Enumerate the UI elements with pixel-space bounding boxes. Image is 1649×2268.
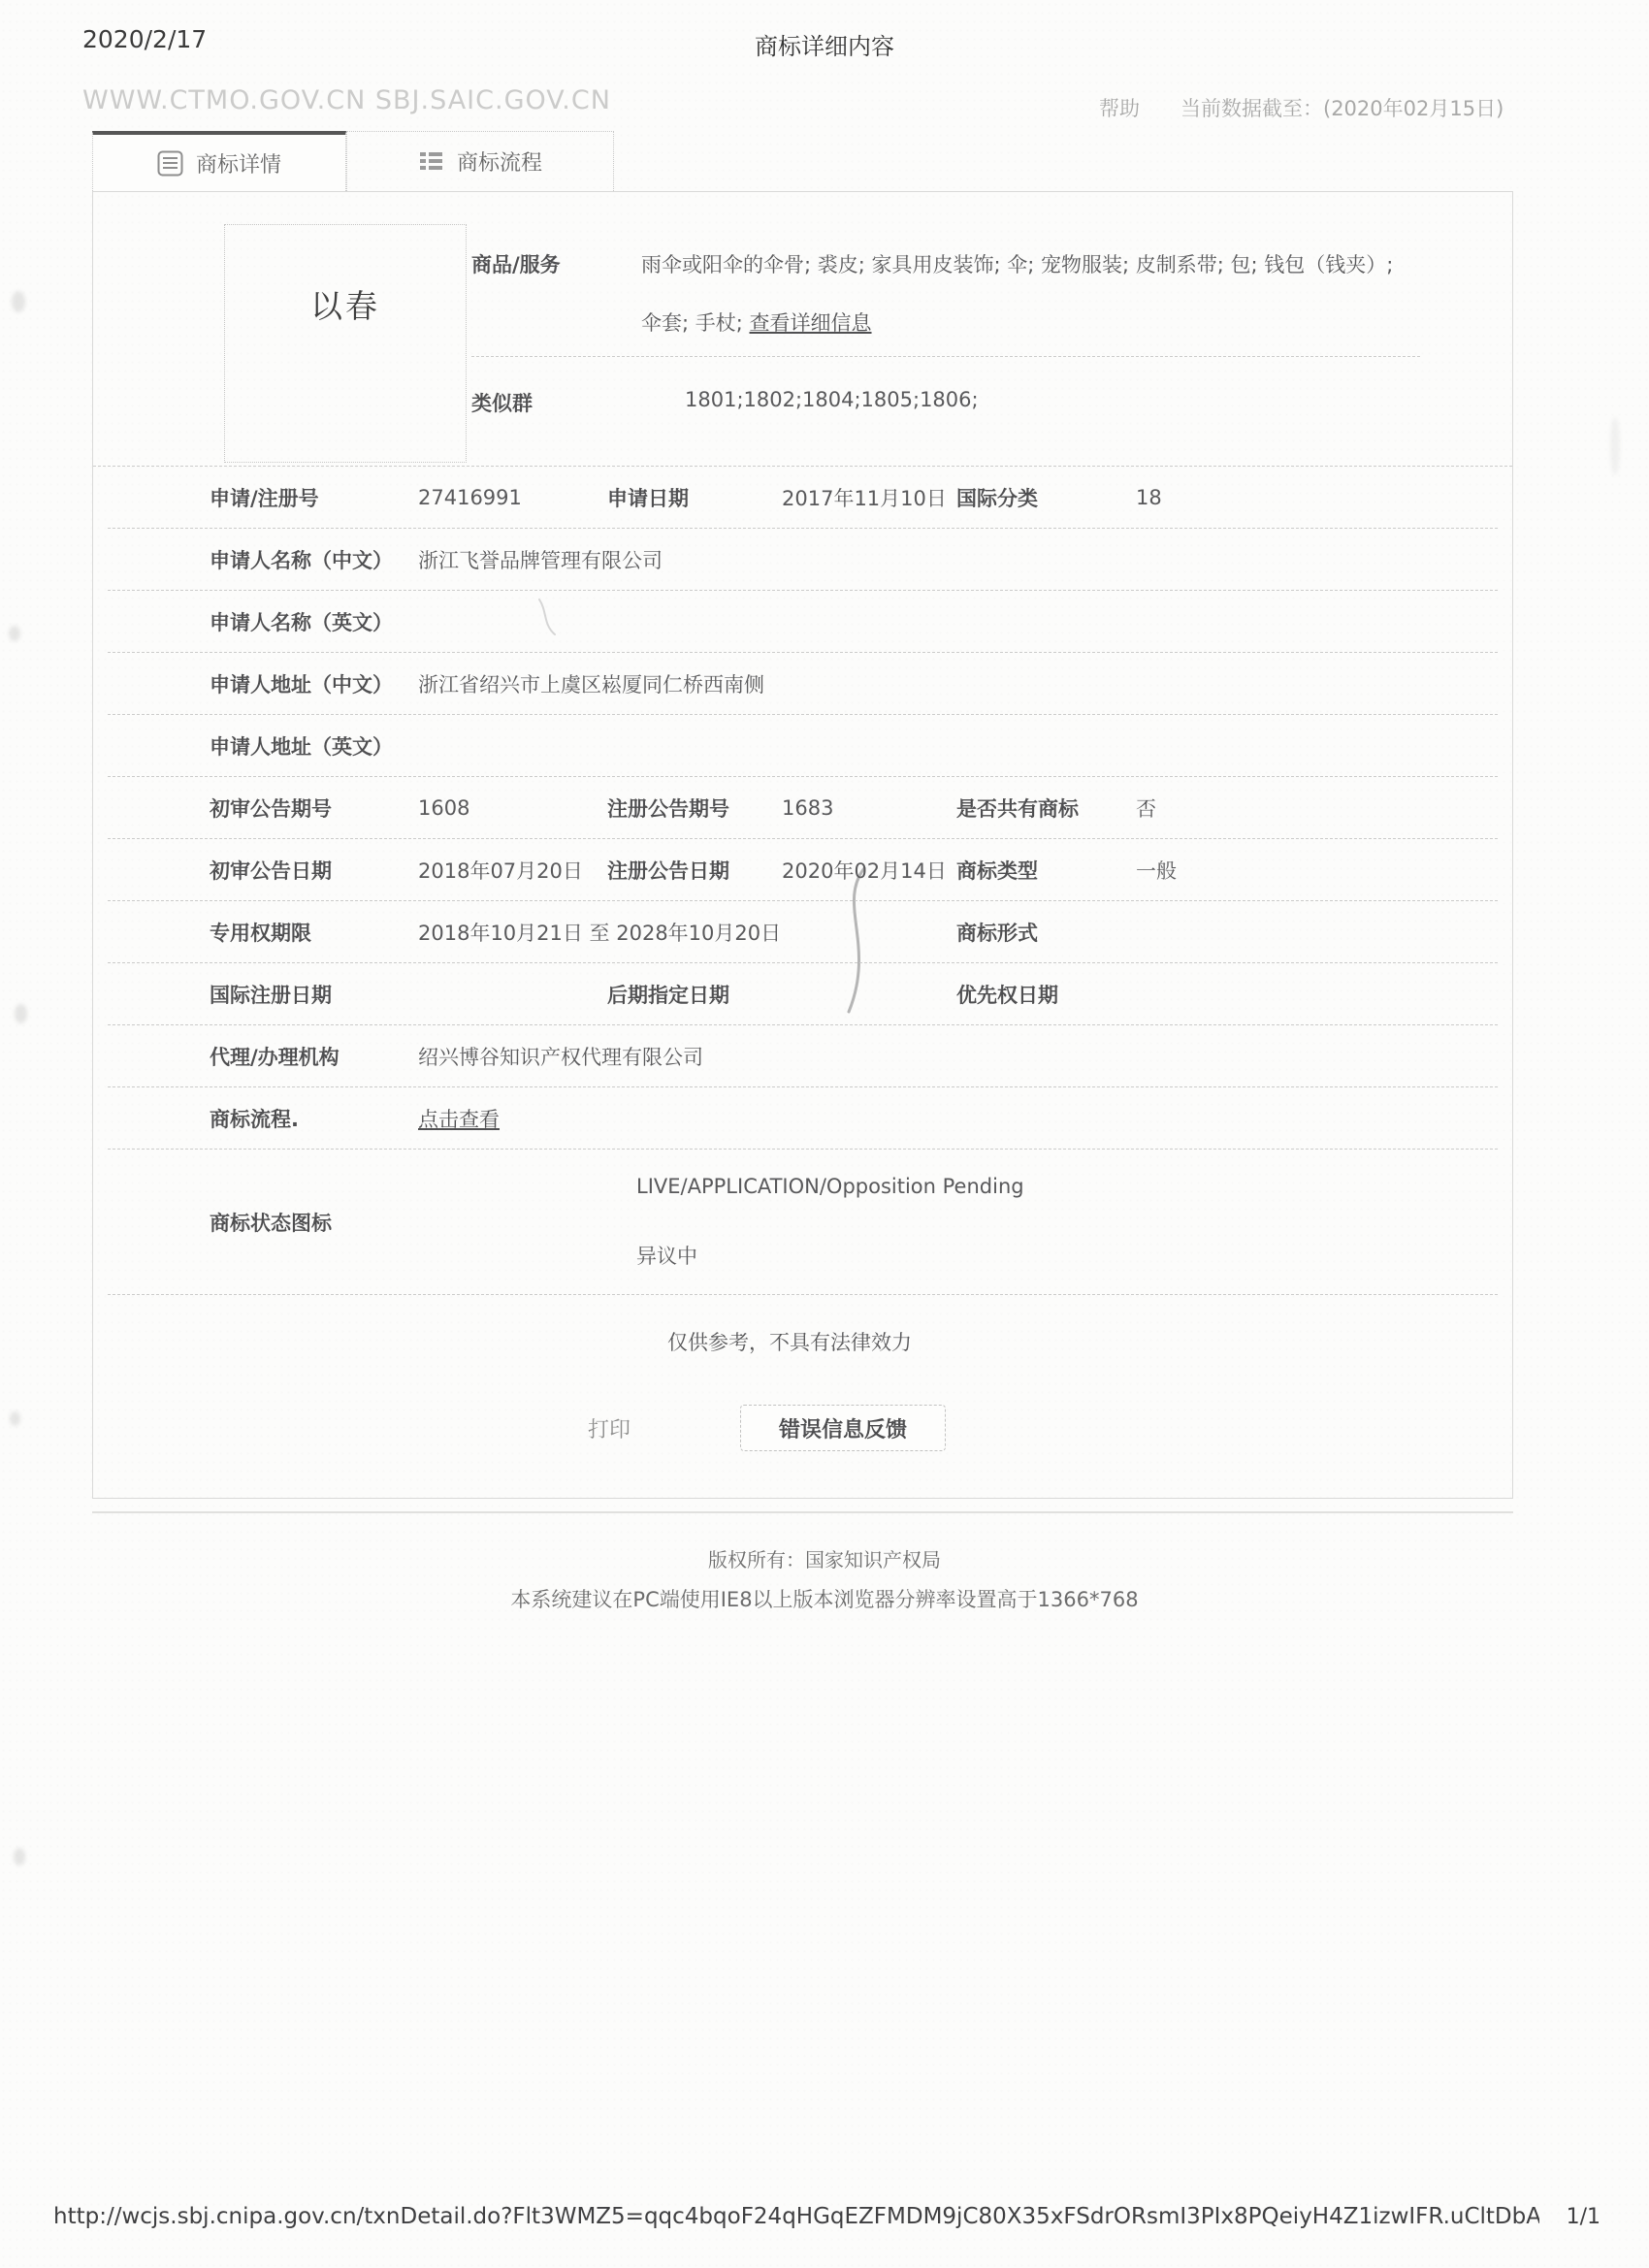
- status-text-en: LIVE/APPLICATION/Opposition Pending: [636, 1175, 1498, 1198]
- page-title: 商标详细内容: [0, 27, 1649, 61]
- table-row: 国际注册日期 后期指定日期 优先权日期: [108, 963, 1498, 1025]
- top-section: 以春 商品/服务 雨伞或阳伞的伞骨; 裘皮; 家具用皮装饰; 伞; 宠物服装; …: [93, 192, 1512, 467]
- trademark-image: 以春: [224, 224, 467, 463]
- field-label: 商标状态图标: [210, 1208, 636, 1237]
- table-row: 申请人地址（英文）: [108, 715, 1498, 777]
- scan-smudge: [14, 1848, 25, 1865]
- field-label: 申请日期: [607, 483, 782, 512]
- field-label: 申请人名称（英文）: [210, 607, 418, 636]
- field-value: 浙江省绍兴市上虞区崧厦同仁桥西南侧: [418, 669, 1498, 698]
- error-feedback-button[interactable]: 错误信息反馈: [740, 1405, 946, 1451]
- print-url: http://wcjs.sbj.cnipa.gov.cn/txnDetail.d…: [53, 2204, 1539, 2229]
- tab-bar: 商标详情 商标流程: [92, 131, 614, 191]
- list-icon: [418, 148, 444, 175]
- field-label: 类似群: [471, 388, 641, 417]
- print-footer: http://wcjs.sbj.cnipa.gov.cn/txnDetail.d…: [53, 2204, 1600, 2229]
- data-asof-note: 当前数据截至：(2020年02月15日): [1180, 93, 1503, 122]
- table-row: 初审公告期号 1608 注册公告期号 1683 是否共有商标 否: [108, 777, 1498, 839]
- field-value: 2018年10月21日 至 2028年10月20日: [418, 918, 956, 947]
- field-label: 专用权期限: [210, 918, 418, 947]
- field-label: 是否共有商标: [956, 794, 1136, 823]
- table-row: 代理/办理机构 绍兴博谷知识产权代理有限公司: [108, 1025, 1498, 1087]
- browser-advice-text: 本系统建议在PC端使用IE8以上版本浏览器分辨率设置高于1366*768: [0, 1584, 1649, 1613]
- field-label: 代理/办理机构: [210, 1042, 418, 1071]
- copyright-text: 版权所有：国家知识产权局: [0, 1544, 1649, 1572]
- field-value: 否: [1136, 794, 1498, 823]
- site-url: WWW.CTMO.GOV.CN SBJ.SAIC.GOV.CN: [82, 85, 611, 115]
- panel-outer-border: [92, 1511, 1513, 1513]
- scan-smudge: [15, 1004, 27, 1023]
- site-footer: 版权所有：国家知识产权局 本系统建议在PC端使用IE8以上版本浏览器分辨率设置高…: [0, 1544, 1649, 1613]
- field-label: 优先权日期: [956, 980, 1498, 1009]
- field-label: 商标类型: [956, 856, 1136, 885]
- field-label: 商标形式: [956, 918, 1136, 947]
- field-value: 一般: [1136, 856, 1498, 885]
- table-row: 申请/注册号 27416991 申请日期 2017年11月10日 国际分类 18: [108, 467, 1498, 529]
- field-label: 商品/服务: [471, 249, 641, 337]
- field-value: 1683: [782, 796, 956, 820]
- action-buttons: 打印 错误信息反馈: [108, 1405, 1498, 1451]
- table-row: 专用权期限 2018年10月21日 至 2028年10月20日 商标形式: [108, 901, 1498, 963]
- table-row: 初审公告日期 2018年07月20日 注册公告日期 2020年02月14日 商标…: [108, 839, 1498, 901]
- field-value: 2017年11月10日: [782, 483, 956, 512]
- field-value: 浙江飞誉品牌管理有限公司: [418, 545, 1498, 574]
- scan-smudge: [1610, 417, 1620, 475]
- click-to-view-link[interactable]: 点击查看: [418, 1108, 500, 1131]
- table-row: 申请人名称（中文） 浙江飞誉品牌管理有限公司: [108, 529, 1498, 591]
- field-label: 初审公告期号: [210, 794, 418, 823]
- goods-services-row: 商品/服务 雨伞或阳伞的伞骨; 裘皮; 家具用皮装饰; 伞; 宠物服装; 皮制系…: [471, 224, 1420, 357]
- field-value: 18: [1136, 486, 1498, 509]
- view-details-link[interactable]: 查看详细信息: [750, 311, 872, 335]
- field-label: 注册公告日期: [607, 856, 782, 885]
- field-value: 1608: [418, 796, 607, 820]
- field-label: 申请人名称（中文）: [210, 545, 418, 574]
- goods-services-value: 雨伞或阳伞的伞骨; 裘皮; 家具用皮装饰; 伞; 宠物服装; 皮制系带; 包; …: [641, 249, 1420, 337]
- header-right: 帮助 当前数据截至：(2020年02月15日): [1099, 93, 1503, 122]
- field-label: 申请人地址（中文）: [210, 669, 418, 698]
- field-value: 绍兴博谷知识产权代理有限公司: [418, 1042, 1498, 1071]
- tab-trademark-process[interactable]: 商标流程: [346, 131, 614, 191]
- goods-line-2: 伞套; 手杖;: [641, 311, 750, 335]
- table-row: 申请人名称（英文）: [108, 591, 1498, 653]
- help-link[interactable]: 帮助: [1099, 93, 1140, 122]
- scan-smudge: [9, 626, 20, 641]
- table-row: 申请人地址（中文） 浙江省绍兴市上虞区崧厦同仁桥西南侧: [108, 653, 1498, 715]
- scan-smudge: [10, 1411, 20, 1426]
- field-label: 初审公告日期: [210, 856, 418, 885]
- goods-line-1: 雨伞或阳伞的伞骨; 裘皮; 家具用皮装饰; 伞; 宠物服装; 皮制系带; 包; …: [641, 249, 1420, 278]
- field-value: 2020年02月14日: [782, 856, 956, 885]
- scan-smudge: [12, 291, 25, 312]
- printed-page: 2020/2/17 商标详细内容 WWW.CTMO.GOV.CN SBJ.SAI…: [0, 0, 1649, 2268]
- field-label: 国际注册日期: [210, 980, 607, 1009]
- field-value: 27416991: [418, 486, 607, 509]
- print-button[interactable]: 打印: [588, 1413, 630, 1443]
- table-row: 商标流程. 点击查看: [108, 1087, 1498, 1150]
- status-text-cn: 异议中: [636, 1241, 1498, 1270]
- field-label: 申请/注册号: [210, 483, 418, 512]
- page-number: 1/1: [1567, 2205, 1600, 2229]
- field-value: 2018年07月20日: [418, 856, 607, 885]
- tab-label: 商标详情: [196, 148, 281, 178]
- document-icon: [157, 150, 183, 177]
- field-label: 注册公告期号: [607, 794, 782, 823]
- field-label: 商标流程.: [210, 1104, 418, 1133]
- field-label: 申请人地址（英文）: [210, 731, 418, 761]
- field-label: 后期指定日期: [607, 980, 956, 1009]
- trademark-text: 以春: [310, 287, 380, 325]
- similar-group-row: 类似群 1801;1802;1804;1805;1806;: [471, 357, 1420, 417]
- similar-group-value: 1801;1802;1804;1805;1806;: [641, 388, 1420, 417]
- tab-label: 商标流程: [457, 146, 542, 177]
- disclaimer-text: 仅供参考，不具有法律效力: [93, 1295, 1512, 1387]
- trademark-detail-panel: 以春 商品/服务 雨伞或阳伞的伞骨; 裘皮; 家具用皮装饰; 伞; 宠物服装; …: [92, 191, 1513, 1499]
- status-row: 商标状态图标 LIVE/APPLICATION/Opposition Pendi…: [108, 1150, 1498, 1295]
- field-label: 国际分类: [956, 483, 1136, 512]
- tab-trademark-detail[interactable]: 商标详情: [92, 131, 346, 191]
